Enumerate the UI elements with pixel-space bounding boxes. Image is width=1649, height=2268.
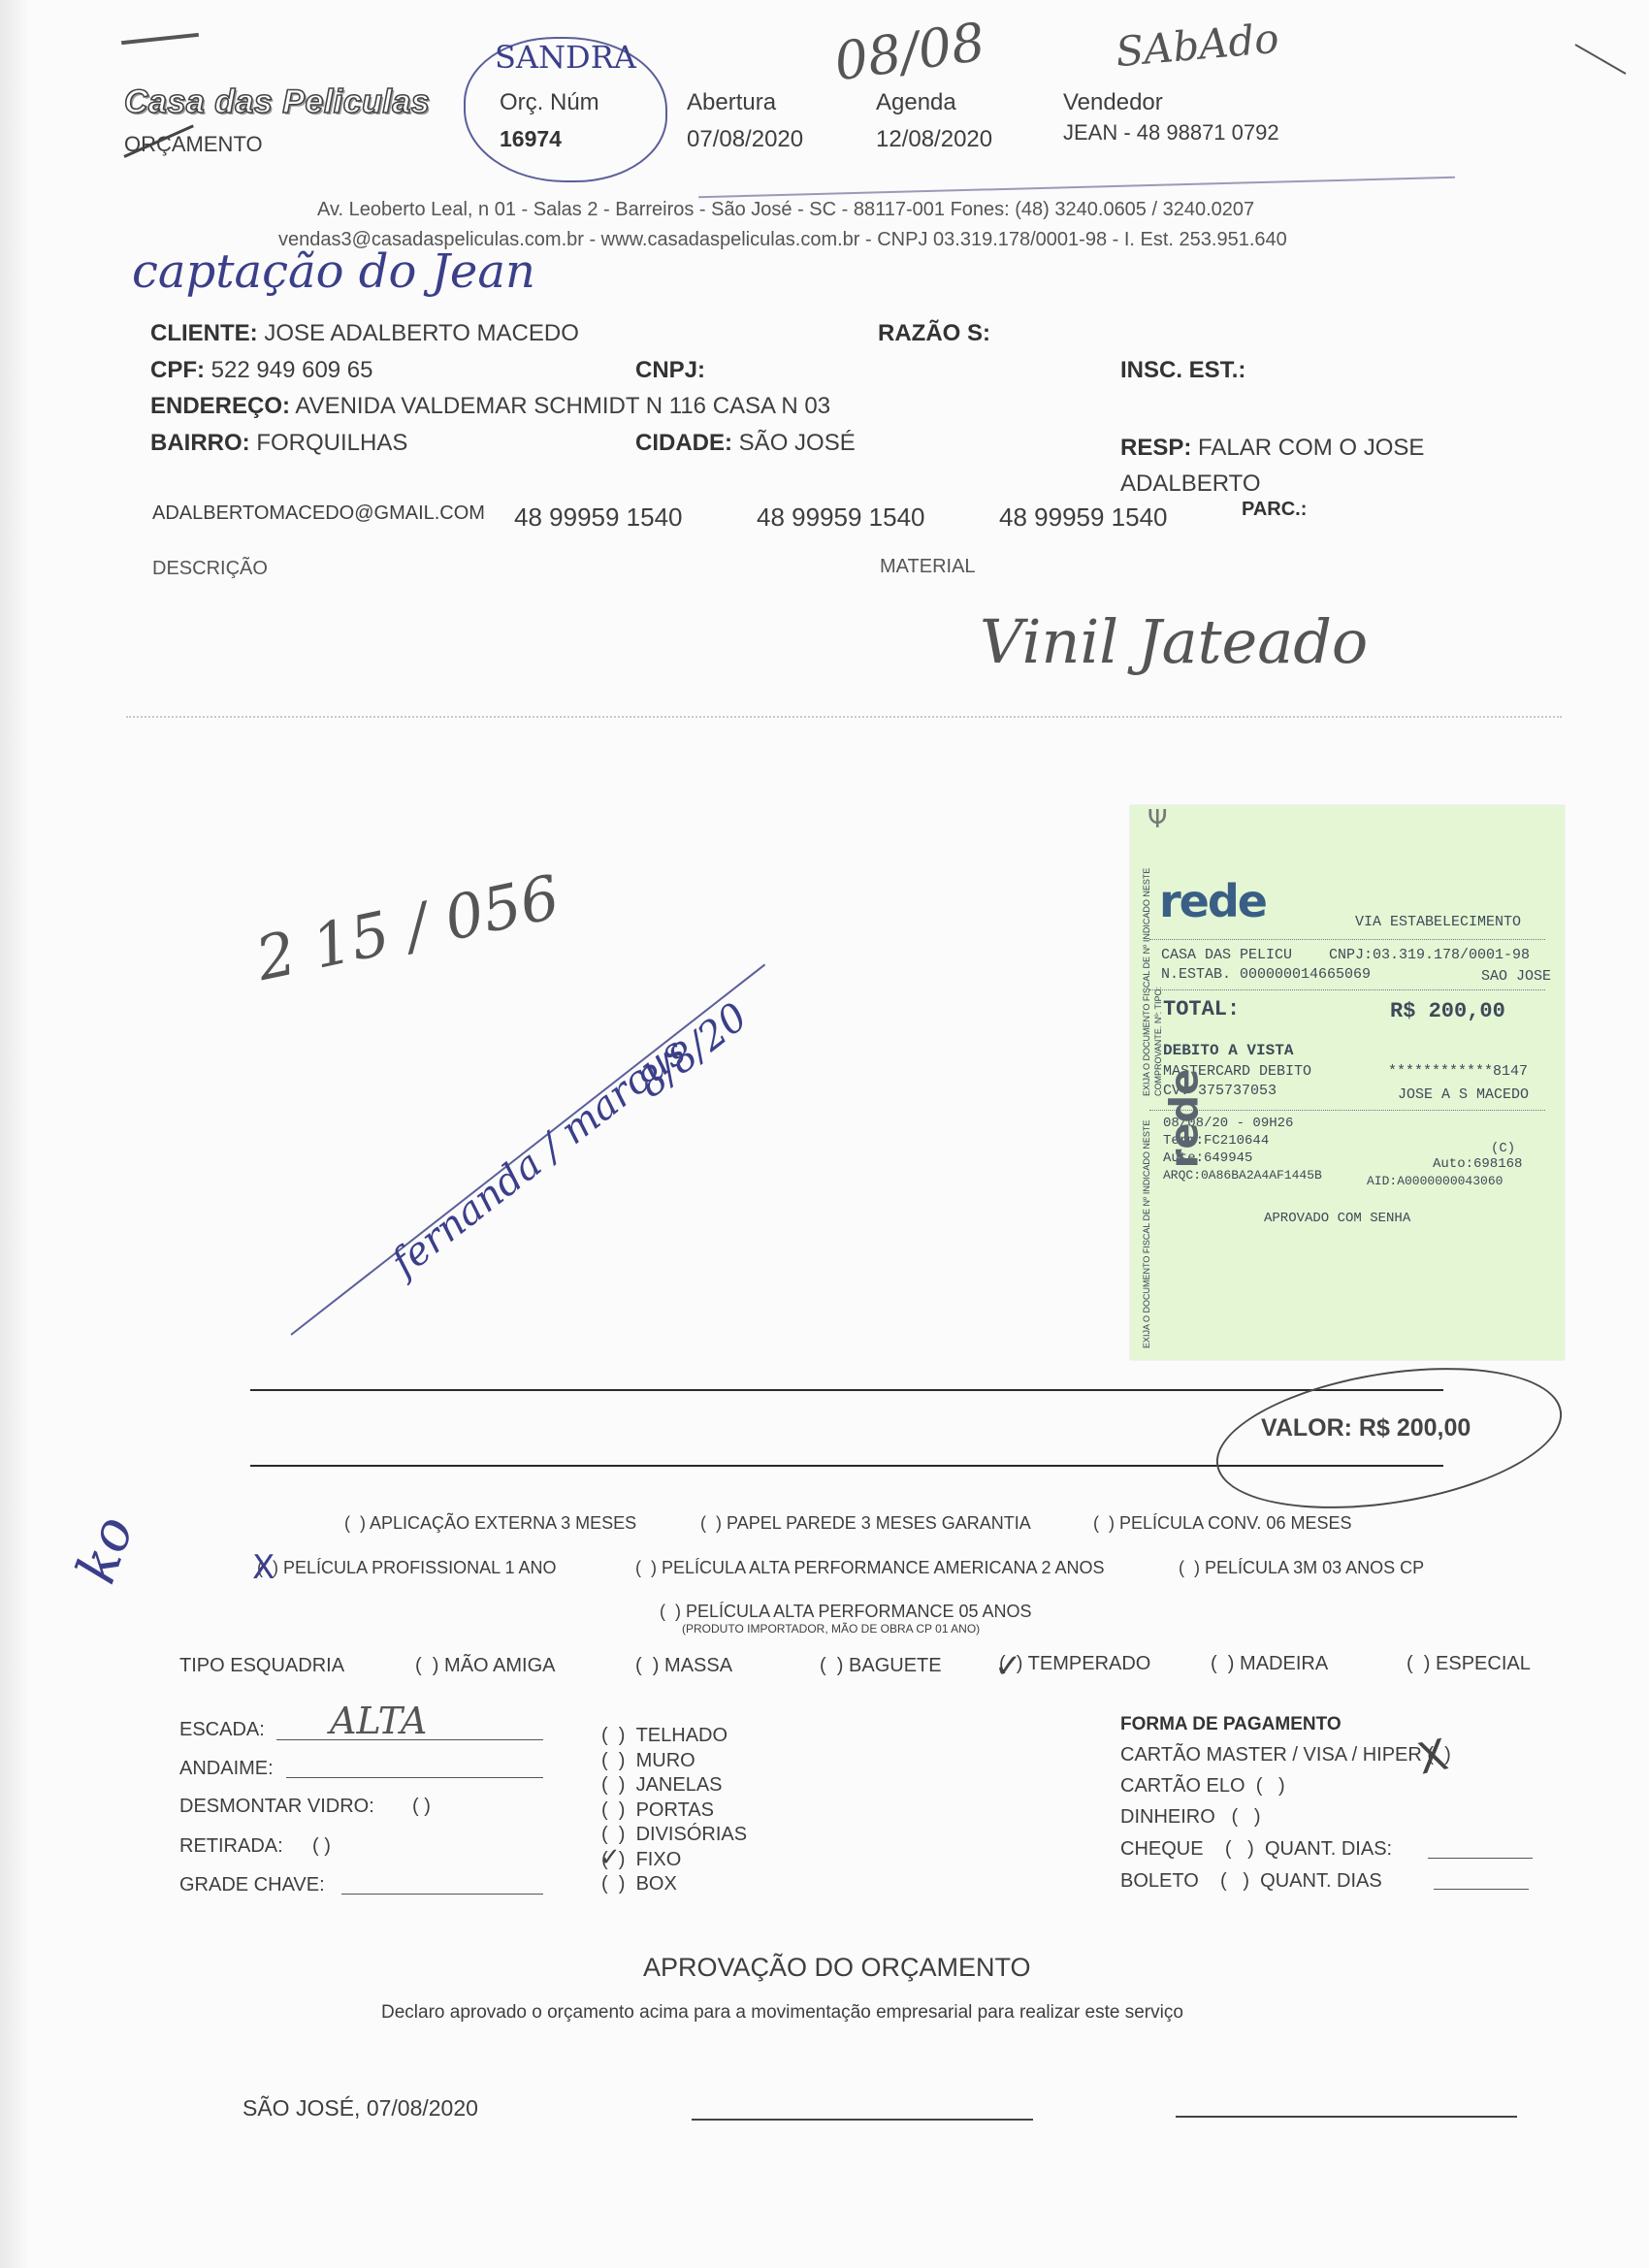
esquadria-option-mao-amiga[interactable]: ( ) MÃO AMIGA — [415, 1655, 556, 1677]
payment-option-cheque[interactable]: CHEQUE ( ) QUANT. DIAS: — [1120, 1838, 1392, 1861]
resp-field: RESP: FALAR COM O JOSE ADALBERTO — [1120, 430, 1424, 502]
abertura-value: 07/08/2020 — [687, 126, 803, 153]
endereco-label: ENDEREÇO: — [150, 393, 290, 419]
esquadria-label: TIPO ESQUADRIA — [179, 1655, 344, 1677]
handwritten-initials: ko — [65, 1508, 146, 1592]
approval-declaration: Declaro aprovado o orçamento acima para … — [381, 2002, 1183, 2024]
receipt-estab: N.ESTAB. 000000014665069 — [1161, 966, 1371, 983]
cidade-label: CIDADE: — [635, 430, 732, 456]
receipt-side-text-3: EXIJA O DOCUMENTO FISCAL DE Nº INDICADO … — [1142, 1120, 1151, 1348]
receipt-total-label: TOTAL: — [1163, 997, 1240, 1021]
scan-edge-shadow — [0, 0, 29, 2268]
cpf-field: CPF: 522 949 609 65 — [150, 357, 373, 384]
receipt-separator — [1149, 989, 1545, 990]
receipt-arqc: ARQC:0A86BA2A4AF1445B — [1163, 1168, 1322, 1183]
warranty-note: (PRODUTO IMPORTADOR, MÃO DE OBRA CP 01 A… — [682, 1622, 980, 1636]
desmontar-vidro-label: DESMONTAR VIDRO: — [179, 1796, 374, 1818]
location-option-janelas[interactable]: ( ) JANELAS — [601, 1773, 747, 1798]
cpf-value: 522 949 609 65 — [211, 357, 373, 383]
razao-label: RAZÃO S: — [878, 320, 990, 347]
location-option-divisorias[interactable]: ( ) DIVISÓRIAS — [601, 1823, 747, 1848]
insc-est-label: INSC. EST.: — [1120, 357, 1245, 384]
receipt-city: SAO JOSE — [1481, 968, 1551, 985]
payment-title: FORMA DE PAGAMENTO — [1120, 1714, 1342, 1735]
handwritten-sandra: SANDRA — [495, 39, 636, 76]
cliente-value: JOSE ADALBERTO MACEDO — [264, 320, 579, 346]
location-option-box[interactable]: ( ) BOX — [601, 1872, 747, 1897]
warranty-option-2[interactable]: ( ) PELÍCULA CONV. 06 MESES — [1093, 1513, 1351, 1534]
checked-mark-icon: ✓ — [994, 1647, 1022, 1686]
valor-top-line — [250, 1389, 1443, 1391]
receipt-aid: AID:A0000000043060 — [1367, 1174, 1503, 1188]
pen-stroke-corner — [1575, 44, 1627, 75]
retirada-checkbox[interactable]: ( ) — [312, 1835, 331, 1858]
grade-chave-input-line[interactable] — [341, 1894, 543, 1895]
cliente-label: CLIENTE: — [150, 320, 258, 346]
receipt-total-value: R$ 200,00 — [1390, 999, 1505, 1023]
company-address: Av. Leoberto Leal, n 01 - Salas 2 - Barr… — [317, 199, 1254, 221]
resp-label: RESP: — [1120, 435, 1191, 461]
desmontar-vidro-checkbox[interactable]: ( ) — [412, 1796, 431, 1818]
descricao-label: DESCRIÇÃO — [152, 558, 268, 580]
escada-label: ESCADA: — [179, 1719, 265, 1741]
esquadria-option-baguete[interactable]: ( ) BAGUETE — [820, 1655, 942, 1677]
abertura-label: Abertura — [687, 89, 776, 116]
handwritten-date: 08/08 — [830, 11, 988, 92]
company-logo: Casa das Peliculas — [124, 83, 430, 121]
payment-option-cartao-elo[interactable]: CARTÃO ELO ( ) — [1120, 1775, 1285, 1798]
escada-value: ALTA — [330, 1700, 427, 1742]
rede-logo: rede — [1159, 875, 1266, 927]
payment-option-cartao-master[interactable]: CARTÃO MASTER / VISA / HIPER ( ) — [1120, 1744, 1451, 1766]
vendedor-label: Vendedor — [1063, 89, 1163, 116]
vendedor-value: JEAN - 48 98871 0792 — [1063, 120, 1279, 146]
handwritten-ellipse — [1207, 1346, 1572, 1531]
cidade-value: SÃO JOSÉ — [739, 430, 856, 456]
location-option-telhado[interactable]: ( ) TELHADO — [601, 1724, 747, 1749]
handwritten-captacao: captação do Jean — [132, 244, 535, 299]
cliente-field: CLIENTE: JOSE ADALBERTO MACEDO — [150, 320, 579, 347]
receipt-stamp-icon: Ψ — [1148, 805, 1167, 834]
signature-line-company[interactable] — [692, 2119, 1033, 2121]
bairro-label: BAIRRO: — [150, 430, 250, 456]
retirada-label: RETIRADA: — [179, 1835, 283, 1858]
payment-option-boleto[interactable]: BOLETO ( ) QUANT. DIAS — [1120, 1870, 1382, 1893]
cpf-label: CPF: — [150, 357, 205, 383]
receipt-cnpj: CNPJ:03.319.178/0001-98 — [1329, 947, 1530, 963]
warranty-option-1[interactable]: ( ) PAPEL PAREDE 3 MESES GARANTIA — [700, 1513, 1031, 1534]
cnpj-label: CNPJ: — [635, 357, 705, 384]
location-option-portas[interactable]: ( ) PORTAS — [601, 1798, 747, 1824]
checked-x-icon: X — [1413, 1730, 1452, 1784]
description-line — [126, 716, 1562, 718]
signature-line-client[interactable] — [1176, 2116, 1517, 2118]
receipt-merchant: CASA DAS PELICU — [1161, 947, 1292, 963]
receipt-separator — [1149, 1110, 1545, 1111]
orc-num-label: Orç. Núm — [500, 89, 599, 116]
receipt-via: VIA ESTABELECIMENTO — [1355, 914, 1521, 930]
payment-option-dinheiro[interactable]: DINHEIRO ( ) — [1120, 1806, 1260, 1829]
warranty-option-3[interactable]: ( ) PELÍCULA PROFISSIONAL 1 ANO — [257, 1558, 556, 1578]
checked-mark-icon: X — [252, 1548, 275, 1587]
orc-num-value: 16974 — [500, 126, 562, 152]
andaime-input-line[interactable] — [286, 1777, 543, 1778]
bairro-value: FORQUILHAS — [256, 430, 407, 456]
receipt-card-number: ************8147 — [1388, 1063, 1528, 1080]
agenda-label: Agenda — [876, 89, 956, 116]
client-phone-2: 48 99959 1540 — [757, 502, 925, 533]
warranty-option-6[interactable]: ( ) PELÍCULA ALTA PERFORMANCE 05 ANOS — [660, 1602, 1032, 1622]
handwritten-day: SAbAdo — [1114, 15, 1280, 76]
card-receipt: Ψ rede VIA ESTABELECIMENTO CASA DAS PELI… — [1130, 805, 1565, 1360]
esquadria-option-madeira[interactable]: ( ) MADEIRA — [1211, 1653, 1328, 1675]
approval-title: APROVAÇÃO DO ORÇAMENTO — [643, 1953, 1031, 1983]
rede-watermark: rede — [1162, 1069, 1207, 1169]
client-email: ADALBERTOMACEDO@GMAIL.COM — [152, 502, 485, 525]
agenda-value: 12/08/2020 — [876, 126, 992, 153]
client-phone-1: 48 99959 1540 — [514, 502, 683, 533]
receipt-side-text-1: EXIJA O DOCUMENTO FISCAL DE Nº INDICADO … — [1142, 868, 1151, 1096]
warranty-option-5[interactable]: ( ) PELÍCULA 3M 03 ANOS CP — [1179, 1558, 1424, 1578]
bairro-field: BAIRRO: FORQUILHAS — [150, 430, 407, 457]
resp-value-line2: ADALBERTO — [1120, 470, 1261, 497]
esquadria-option-massa[interactable]: ( ) MASSA — [635, 1655, 732, 1677]
receipt-c-flag: (C) — [1491, 1141, 1515, 1156]
location-option-muro[interactable]: ( ) MURO — [601, 1749, 747, 1774]
approval-place-date: SÃO JOSÉ, 07/08/2020 — [242, 2095, 478, 2122]
receipt-auto: Auto:698168 — [1433, 1156, 1522, 1172]
esquadria-option-especial[interactable]: ( ) ESPECIAL — [1406, 1653, 1531, 1675]
boleto-dias-input-line[interactable] — [1434, 1889, 1529, 1890]
location-option-fixo[interactable]: ( ) FIXO — [601, 1848, 747, 1873]
checked-mark-icon: ✓ — [599, 1843, 621, 1872]
material-label: MATERIAL — [880, 556, 976, 578]
receipt-holder: JOSE A S MACEDO — [1398, 1086, 1529, 1103]
grade-chave-label: GRADE CHAVE: — [179, 1874, 325, 1896]
endereco-value: AVENIDA VALDEMAR SCHMIDT N 116 CASA N 03 — [295, 393, 830, 419]
pen-line — [698, 177, 1455, 198]
receipt-status: APROVADO COM SENHA — [1264, 1211, 1410, 1226]
receipt-separator — [1149, 939, 1545, 940]
handwritten-number: 2 15 / 056 — [250, 861, 566, 994]
location-options-list: ( ) TELHADO ( ) MURO ( ) JANELAS ( ) POR… — [601, 1724, 747, 1897]
client-phone-3: 48 99959 1540 — [999, 502, 1168, 533]
cidade-field: CIDADE: SÃO JOSÉ — [635, 430, 856, 457]
pen-stroke — [121, 33, 199, 45]
warranty-option-0[interactable]: ( ) APLICAÇÃO EXTERNA 3 MESES — [344, 1513, 636, 1534]
handwritten-material: Vinil Jateado — [980, 606, 1368, 677]
cheque-dias-input-line[interactable] — [1428, 1858, 1533, 1859]
andaime-label: ANDAIME: — [179, 1758, 274, 1780]
resp-value-line1: FALAR COM O JOSE — [1198, 435, 1424, 461]
parc-label: PARC.: — [1242, 499, 1307, 521]
endereco-field: ENDEREÇO: AVENIDA VALDEMAR SCHMIDT N 116… — [150, 393, 830, 420]
receipt-payment-type: DEBITO A VISTA — [1163, 1042, 1293, 1059]
warranty-option-4[interactable]: ( ) PELÍCULA ALTA PERFORMANCE AMERICANA … — [635, 1558, 1105, 1578]
